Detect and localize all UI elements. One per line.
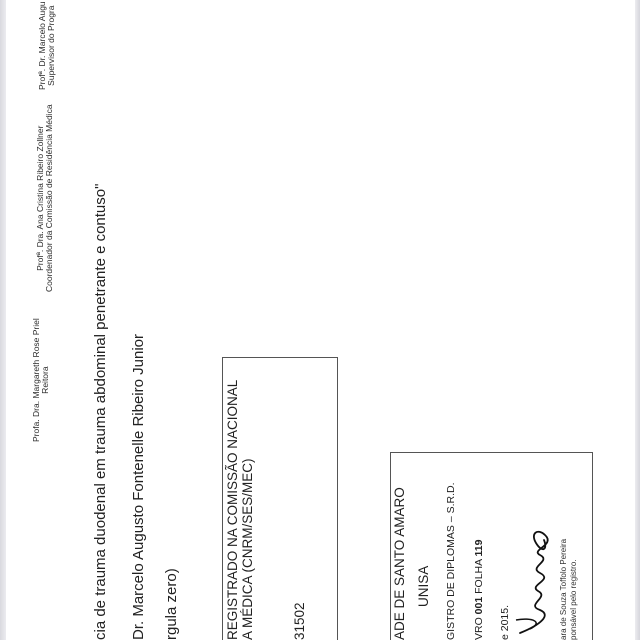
thesis-title: cia de trauma duodenal em trauma abdomin… (93, 184, 110, 640)
book-number: 001 (473, 597, 485, 615)
signature-rector: Profa. Dra. Margareth Rose Priel Reitora (32, 318, 51, 442)
registry-line-1: REGISTRADO NA COMISSÃO NACIONAL (226, 380, 241, 640)
scan-left-edge (0, 0, 6, 640)
university-acronym: UNISA (417, 566, 432, 607)
page-label: FOLHA (473, 557, 485, 597)
advisor-line: Dr. Marcelo Augusto Fontenelle Ribeiro J… (131, 334, 148, 640)
handwritten-signature (510, 525, 560, 635)
signature-role: Supervisor do Progra (47, 1, 56, 90)
signature-supervisor: Profª. Dr. Marcelo Augu Supervisor do Pr… (38, 1, 57, 90)
signature-role: Reitora (41, 318, 50, 442)
signature-coordinator: Profª. Dra. Ana Cristina Ribeiro Zollner… (36, 104, 55, 292)
page-number: 119 (473, 540, 485, 557)
book-label: VRO (473, 614, 485, 640)
registrar-name: ara de Souza Toffolo Pereira (560, 539, 569, 640)
scan-right-edge (635, 0, 640, 640)
registrar-role: ponsável pelo registro. (570, 560, 579, 640)
registry-number: 31502 (293, 602, 308, 640)
registry-line-2: A MÉDICA (CNRM/SES/MEC) (241, 458, 256, 640)
signature-role: Coordenador da Comissão de Residência Mé… (45, 104, 54, 292)
book-page-line: VRO 001 FOLHA 119 (474, 540, 486, 640)
university-name: ADE DE SANTO AMARO (393, 487, 408, 640)
grade-line: rgula zero) (164, 568, 181, 640)
diploma-registry-line: GISTRO DE DIPLOMAS – S.R.D. (446, 482, 458, 640)
